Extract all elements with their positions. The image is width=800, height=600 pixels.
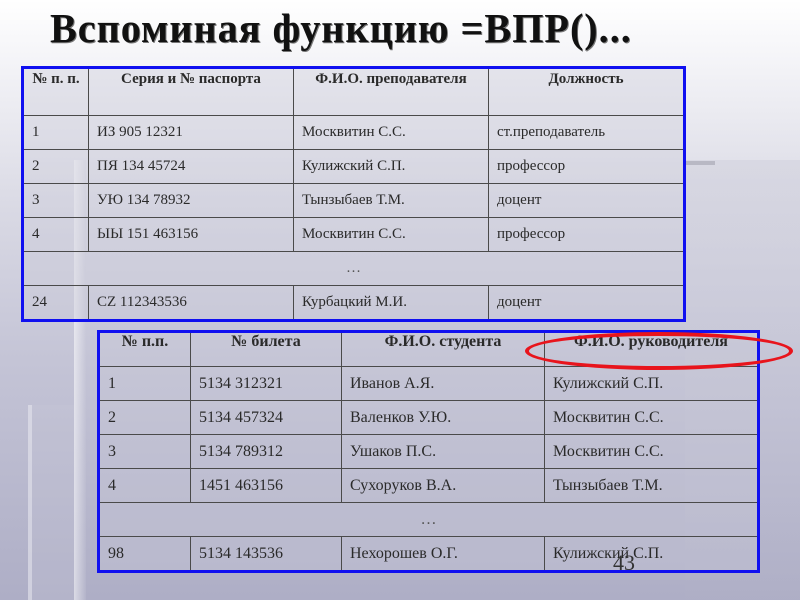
- table-ellipsis-row: …: [99, 503, 759, 537]
- cell-teacher-name: Тынзыбаев Т.М.: [294, 184, 489, 218]
- column-header-number: № п. п.: [23, 68, 89, 116]
- cell-passport: CZ 112343536: [89, 286, 294, 321]
- cell-number: 3: [99, 435, 191, 469]
- cell-supervisor-name: Москвитин С.С.: [545, 435, 759, 469]
- cell-number: 98: [99, 537, 191, 572]
- table-row: 24 CZ 112343536 Курбацкий М.И. доцент: [23, 286, 685, 321]
- cell-passport: ЫЫ 151 463156: [89, 218, 294, 252]
- cell-teacher-name: Курбацкий М.И.: [294, 286, 489, 321]
- cell-student-name: Валенков У.Ю.: [342, 401, 545, 435]
- slide-title: Вспоминая функцию =ВПР()...: [50, 4, 632, 52]
- background-stripe: [32, 405, 74, 600]
- column-header-supervisor-name: Ф.И.О. руководителя: [545, 332, 759, 367]
- cell-ticket: 5134 457324: [191, 401, 342, 435]
- cell-supervisor-name: Кулижский С.П.: [545, 537, 759, 572]
- table-row: 1 5134 312321 Иванов А.Я. Кулижский С.П.: [99, 367, 759, 401]
- table-header-row: № п. п. Серия и № паспорта Ф.И.О. препод…: [23, 68, 685, 116]
- table-row: 3 УЮ 134 78932 Тынзыбаев Т.М. доцент: [23, 184, 685, 218]
- table-row: 98 5134 143536 Нехорошев О.Г. Кулижский …: [99, 537, 759, 572]
- cell-number: 1: [99, 367, 191, 401]
- table-row: 2 ПЯ 134 45724 Кулижский С.П. профессор: [23, 150, 685, 184]
- column-header-number: № п.п.: [99, 332, 191, 367]
- cell-teacher-name: Москвитин С.С.: [294, 116, 489, 150]
- table-row: 2 5134 457324 Валенков У.Ю. Москвитин С.…: [99, 401, 759, 435]
- cell-position: ст.преподаватель: [489, 116, 685, 150]
- cell-number: 3: [23, 184, 89, 218]
- students-table: № п.п. № билета Ф.И.О. студента Ф.И.О. р…: [97, 330, 760, 573]
- background-stripe: [28, 405, 32, 600]
- cell-number: 4: [23, 218, 89, 252]
- cell-student-name: Иванов А.Я.: [342, 367, 545, 401]
- table-row: 4 ЫЫ 151 463156 Москвитин С.С. профессор: [23, 218, 685, 252]
- cell-student-name: Сухоруков В.А.: [342, 469, 545, 503]
- column-header-teacher-name: Ф.И.О. преподавателя: [294, 68, 489, 116]
- table-ellipsis-row: …: [23, 252, 685, 286]
- cell-passport: УЮ 134 78932: [89, 184, 294, 218]
- column-header-passport: Серия и № паспорта: [89, 68, 294, 116]
- cell-number: 24: [23, 286, 89, 321]
- cell-ticket: 5134 312321: [191, 367, 342, 401]
- cell-student-name: Ушаков П.С.: [342, 435, 545, 469]
- cell-position: доцент: [489, 184, 685, 218]
- page-number: 43: [613, 550, 635, 576]
- cell-number: 1: [23, 116, 89, 150]
- cell-position: профессор: [489, 218, 685, 252]
- cell-ticket: 1451 463156: [191, 469, 342, 503]
- cell-supervisor-name: Тынзыбаев Т.М.: [545, 469, 759, 503]
- cell-teacher-name: Кулижский С.П.: [294, 150, 489, 184]
- cell-supervisor-name: Москвитин С.С.: [545, 401, 759, 435]
- cell-number: 2: [99, 401, 191, 435]
- cell-number: 2: [23, 150, 89, 184]
- cell-position: профессор: [489, 150, 685, 184]
- cell-position: доцент: [489, 286, 685, 321]
- column-header-student-name: Ф.И.О. студента: [342, 332, 545, 367]
- cell-teacher-name: Москвитин С.С.: [294, 218, 489, 252]
- cell-supervisor-name: Кулижский С.П.: [545, 367, 759, 401]
- background-line: [685, 161, 715, 165]
- cell-student-name: Нехорошев О.Г.: [342, 537, 545, 572]
- cell-passport: ИЗ 905 12321: [89, 116, 294, 150]
- column-header-ticket: № билета: [191, 332, 342, 367]
- column-header-position: Должность: [489, 68, 685, 116]
- ellipsis-cell: …: [99, 503, 759, 537]
- table-row: 1 ИЗ 905 12321 Москвитин С.С. ст.препода…: [23, 116, 685, 150]
- table-header-row: № п.п. № билета Ф.И.О. студента Ф.И.О. р…: [99, 332, 759, 367]
- table-row: 4 1451 463156 Сухоруков В.А. Тынзыбаев Т…: [99, 469, 759, 503]
- cell-ticket: 5134 143536: [191, 537, 342, 572]
- teachers-table: № п. п. Серия и № паспорта Ф.И.О. препод…: [21, 66, 686, 322]
- table-row: 3 5134 789312 Ушаков П.С. Москвитин С.С.: [99, 435, 759, 469]
- cell-number: 4: [99, 469, 191, 503]
- cell-passport: ПЯ 134 45724: [89, 150, 294, 184]
- ellipsis-cell: …: [23, 252, 685, 286]
- cell-ticket: 5134 789312: [191, 435, 342, 469]
